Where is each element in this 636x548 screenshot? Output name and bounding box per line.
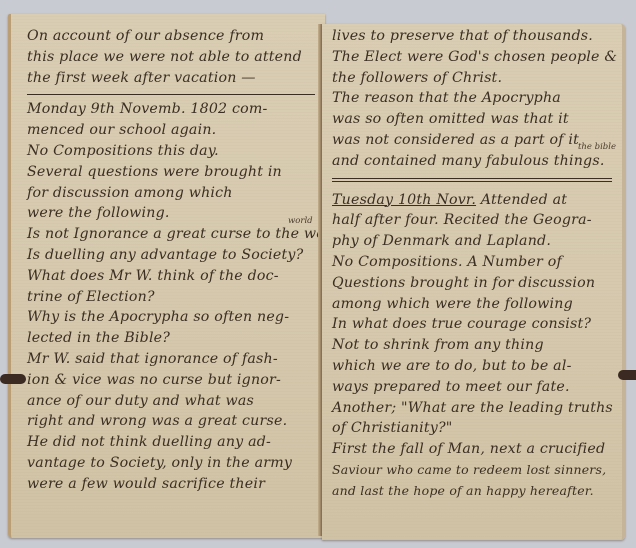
text-line: Monday 9th Novemb. 1802 com- <box>27 99 315 120</box>
binding-clip <box>0 374 26 384</box>
left-page-text: On account of our absence from this plac… <box>27 26 315 495</box>
text-line: menced our school again. <box>27 120 315 141</box>
text-line: were a few would sacrifice their <box>27 474 315 495</box>
section-divider <box>27 94 315 95</box>
text-line: No Compositions. A Number of <box>332 252 612 273</box>
text-line: He did not think duelling any ad- <box>27 432 315 453</box>
binding-clip <box>618 370 636 380</box>
right-page-text: lives to preserve that of thousands. The… <box>332 26 612 502</box>
text-line: right and wrong was a great curse. <box>27 411 315 432</box>
text-line: vantage to Society, only in the army <box>27 453 315 474</box>
text-line: Attended at <box>481 192 567 208</box>
text-line: phy of Denmark and Lapland. <box>332 231 612 252</box>
text-line: On account of our absence from <box>27 26 315 47</box>
text-line: ways prepared to meet our fate. <box>332 377 612 398</box>
text-line: lected in the Bible? <box>27 328 315 349</box>
section-divider <box>332 178 612 182</box>
text-line: of Christianity?" <box>332 418 612 439</box>
notebook: On account of our absence from this plac… <box>8 6 628 538</box>
entry-date-heading: Tuesday 10th Novr. <box>332 192 476 208</box>
right-page: lives to preserve that of thousands. The… <box>322 24 625 540</box>
text-line: First the fall of Man, next a crucified <box>332 439 612 460</box>
text-line: Why is the Apocrypha so often neg- <box>27 307 315 328</box>
text-line: for discussion among which <box>27 183 315 204</box>
text-line: was so often omitted was that it <box>332 109 612 130</box>
text-line: and contained many fabulous things. <box>332 151 612 172</box>
text-line: this place we were not able to attend <box>27 47 315 68</box>
text-line: were the following. <box>27 203 315 224</box>
text-line: What does Mr W. think of the doc- <box>27 266 315 287</box>
text-line: Mr W. said that ignorance of fash- <box>27 349 315 370</box>
text-line: Another; "What are the leading truths <box>332 398 612 419</box>
text-line: The reason that the Apocrypha <box>332 88 612 109</box>
text-line: In what does true courage consist? <box>332 314 612 335</box>
text-line: among which were the following <box>332 294 612 315</box>
text-line: ion & vice was no curse but ignor- <box>27 370 315 391</box>
text-line: The Elect were God's chosen people & <box>332 47 612 68</box>
text-line: and last the hope of an happy hereafter. <box>332 481 612 502</box>
text-line: Saviour who came to redeem lost sinners, <box>332 460 612 481</box>
text-line: lives to preserve that of thousands. <box>332 26 612 47</box>
text-line: ance of our duty and what was <box>27 391 315 412</box>
text-line: Is duelling any advantage to Society? <box>27 245 315 266</box>
text-line: the first week after vacation — <box>27 68 315 89</box>
text-line: which we are to do, but to be al- <box>332 356 612 377</box>
text-line: was not considered as a part of it <box>332 130 612 151</box>
entry-heading-line: Tuesday 10th Novr. Attended at <box>332 190 612 211</box>
left-page: On account of our absence from this plac… <box>8 14 325 538</box>
text-line: No Compositions this day. <box>27 141 315 162</box>
interlinear-note: the bible <box>578 142 616 152</box>
text-line: Not to shrink from any thing <box>332 335 612 356</box>
text-line: the followers of Christ. <box>332 68 612 89</box>
text-line: Is not Ignorance a great curse to the wo… <box>27 224 315 245</box>
interlinear-note: world <box>288 216 313 226</box>
text-line: trine of Election? <box>27 287 315 308</box>
text-line: half after four. Recited the Geogra- <box>332 210 612 231</box>
text-line: Several questions were brought in <box>27 162 315 183</box>
text-line: Questions brought in for discussion <box>332 273 612 294</box>
